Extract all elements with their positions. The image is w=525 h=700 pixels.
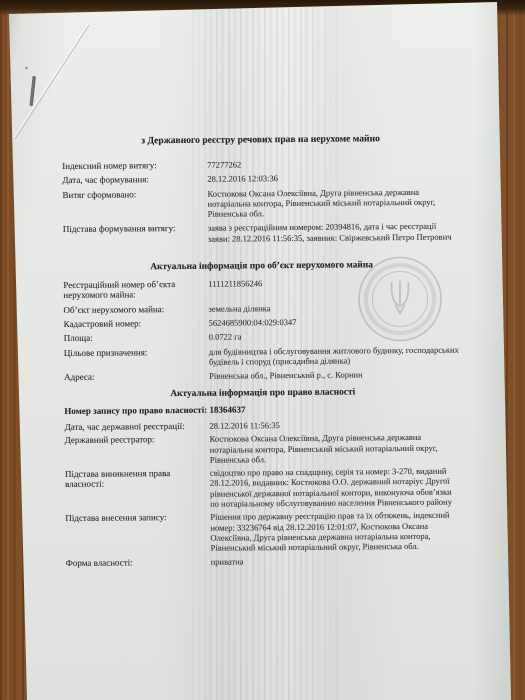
field-row: Дата, час формування: 28.12.2016 12:03:3… <box>62 172 459 186</box>
field-label: Підстава виникнення права власності: <box>65 468 210 510</box>
field-value: для будівництва і обслуговування житлово… <box>209 344 461 367</box>
property-section: Реєстраційний номер об’єкта нерухомого м… <box>63 277 461 383</box>
ownership-section: Дата, час державної реєстрації: 28.12.20… <box>64 418 462 567</box>
field-value: 77277262 <box>207 158 459 170</box>
field-value: Костюкова Оксана Олексіївна, Друга рівне… <box>207 186 459 219</box>
field-label: Об’єкт нерухомого майна: <box>63 303 208 315</box>
field-row: Підстава внесення запису: Рішення про де… <box>65 510 462 555</box>
field-value: 1111211856246 <box>208 277 460 300</box>
field-row: Цільове призначення: для будівництва і о… <box>64 344 461 368</box>
paper-sheet: з Державного реєстру речових прав на нер… <box>0 0 525 700</box>
field-value: Костюкова Оксана Олексіївна, Друга рівне… <box>210 432 462 465</box>
field-label: Дата, час державної реєстрації: <box>64 421 209 433</box>
field-row: Адреса: Рівненська обл., Рівненський р.,… <box>64 369 461 383</box>
field-row: Підстава виникнення права власності: сві… <box>65 466 462 511</box>
document-content: з Державного реєстру речових прав на нер… <box>62 133 463 568</box>
field-value: 0.0722 га <box>209 330 461 342</box>
field-label: Державний реєстратор: <box>65 434 210 466</box>
field-label: Витяг сформовано: <box>62 188 207 220</box>
field-row: Площа: 0.0722 га <box>64 330 461 344</box>
field-label: Адреса: <box>64 371 209 383</box>
field-row: Кадастровий номер: 5624685900:04:029:034… <box>64 315 461 329</box>
field-row: Дата, час державної реєстрації: 28.12.20… <box>64 418 461 432</box>
field-row: Форма власності: приватна <box>66 554 463 568</box>
document-title: з Державного реєстру речових прав на нер… <box>62 133 459 147</box>
field-label: Цільове призначення: <box>64 346 209 368</box>
field-value: приватна <box>211 554 463 566</box>
property-section-heading: Актуальна інформація про об’єкт нерухомо… <box>63 260 460 274</box>
field-value: Рівненська обл., Рівненський р., с. Корн… <box>209 369 461 381</box>
field-label: Індексний номер витягу: <box>62 160 207 172</box>
field-row: Державний реєстратор: Костюкова Оксана О… <box>65 432 462 466</box>
field-row: Підстава формування витягу: заява з реєс… <box>63 221 460 245</box>
ownership-record-number: Номер запису про право власності: 183646… <box>64 403 461 417</box>
field-label: Підстава внесення запису: <box>65 512 210 554</box>
field-label: Підстава формування витягу: <box>63 223 208 245</box>
field-label: Дата, час формування: <box>62 174 207 186</box>
document-photo: з Державного реєстру речових прав на нер… <box>0 0 525 700</box>
field-label: Форма власності: <box>66 556 211 568</box>
field-row: Об’єкт нерухомого майна: земельна ділянк… <box>63 301 460 315</box>
field-value: 28.12.2016 11:56:35 <box>209 418 461 430</box>
field-row: Індексний номер витягу: 77277262 <box>62 158 459 172</box>
field-row: Витяг сформовано: Костюкова Оксана Олекс… <box>62 186 459 220</box>
field-row: Реєстраційний номер об’єкта нерухомого м… <box>63 277 460 301</box>
field-value: 28.12.2016 12:03:36 <box>207 172 459 184</box>
field-value: Рішення про державну реєстрацію прав та … <box>210 510 462 553</box>
field-label: Кадастровий номер: <box>64 318 209 330</box>
field-value: 5624685900:04:029:0347 <box>209 315 461 327</box>
field-value: заява з реєстраційним номером: 20394816,… <box>208 221 460 244</box>
extract-info-section: Індексний номер витягу: 77277262 Дата, ч… <box>62 158 460 246</box>
field-label: Реєстраційний номер об’єкта нерухомого м… <box>63 279 208 301</box>
field-label: Площа: <box>64 332 209 344</box>
field-value: свідоцтво про право на спадщину, серія т… <box>210 466 462 509</box>
ownership-section-heading: Актуальна інформація про право власності <box>64 387 461 401</box>
field-value: земельна ділянка <box>208 301 460 313</box>
